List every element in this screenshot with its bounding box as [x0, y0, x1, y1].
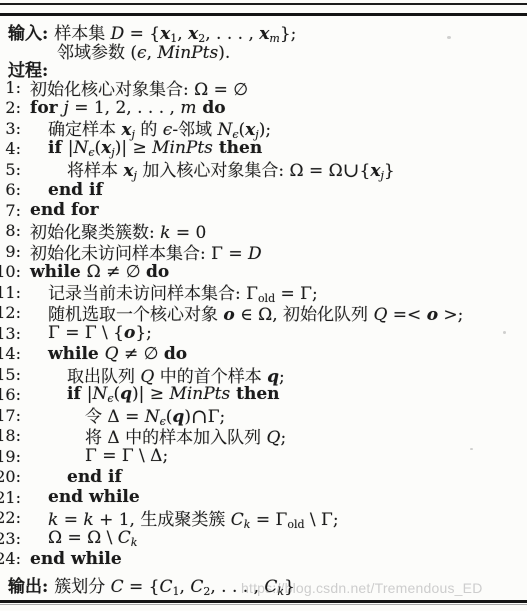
algo-text-segment: x	[370, 161, 380, 181]
algo-text-segment: ϵ	[163, 120, 173, 140]
algo-text-segment: k	[48, 510, 58, 530]
algo-line: 20:end if	[0, 467, 527, 488]
algo-text-segment: then	[213, 138, 262, 158]
algo-text-segment: -邻域	[172, 120, 217, 140]
algo-text-segment: then	[230, 384, 279, 404]
line-number: 19:	[0, 446, 21, 467]
algo-text-segment: = {	[124, 577, 160, 597]
algo-text-segment: 簇划分	[54, 577, 110, 597]
line-number: 18:	[0, 426, 21, 447]
algo-line: 3:确定样本 xj 的 ϵ-邻域 Nϵ(xj);	[0, 118, 527, 139]
algo-text-segment: C	[264, 577, 277, 597]
line-number: 20:	[0, 467, 21, 488]
algo-text-segment: N	[73, 138, 88, 158]
line-number: 5:	[0, 159, 21, 180]
algo-text-segment: =	[58, 510, 83, 530]
algo-text-segment: {	[360, 161, 371, 181]
algo-line: 18:将 Δ 中的样本加入队列 Q;	[0, 426, 527, 447]
bottom-rule-shadow	[0, 604, 527, 605]
line-content: 将样本 xj 加入核心对象集合: Ω = Ω∪{xj}	[0, 156, 395, 182]
algo-text-segment: 加入核心对象集合: Ω = Ω	[137, 161, 343, 181]
algo-line: 邻域参数 (ϵ, MinPts).	[0, 41, 527, 59]
algo-text-segment: + 1, 生成聚类簇	[94, 510, 231, 530]
algo-text-segment: if	[48, 138, 68, 158]
algo-line: 13:Γ = Γ \ {o};	[0, 323, 527, 344]
algo-text-segment: x	[245, 120, 255, 140]
algo-text-segment: )| ≥	[115, 138, 152, 158]
algo-text-segment: k	[131, 536, 138, 549]
algo-text-segment: 的	[135, 120, 163, 140]
line-number: 15:	[0, 364, 21, 385]
algo-text-segment: x	[123, 161, 133, 181]
algo-line: 23:Ω = Ω \ Ck	[0, 528, 527, 549]
bottom-rule	[0, 600, 527, 603]
algo-text-segment: while	[48, 344, 105, 364]
algo-line: 12:随机选取一个核心对象 o ∈ Ω, 初始化队列 Q =< o >;	[0, 303, 527, 324]
algo-text-segment: = Γ	[250, 510, 287, 530]
algo-line: 15:取出队列 Q 中的首个样本 q;	[0, 364, 527, 385]
algo-text-segment: ≠ ∅	[119, 344, 164, 364]
line-number: 1:	[0, 77, 21, 98]
algo-text-segment: 确定样本	[48, 120, 121, 140]
line-content: 初始化未访问样本集合: Γ = D	[0, 239, 262, 264]
algo-text-segment: C	[118, 528, 131, 548]
algo-text-segment: );	[259, 120, 271, 140]
algo-line: 6:end if	[0, 180, 527, 201]
algo-text-segment: MinPts	[152, 138, 213, 158]
algo-text-segment: Q	[105, 344, 119, 364]
algo-text-segment: Ω = Ω \	[48, 528, 118, 548]
algo-text-segment: Γ = Γ \ Δ;	[85, 446, 168, 466]
algo-text-segment: do	[164, 344, 187, 364]
algo-text-segment: }	[384, 161, 395, 181]
algo-text-segment: 将样本	[67, 161, 123, 181]
line-number: 3:	[0, 118, 21, 139]
algo-text-segment: N	[92, 384, 107, 404]
algo-text-segment: if	[67, 384, 87, 404]
line-number: 12:	[0, 303, 21, 324]
algo-text-segment: )| ≥	[132, 384, 169, 404]
algo-text-segment: ,	[180, 577, 191, 597]
algo-text-segment: Γ = Γ \ {	[48, 323, 124, 343]
algo-text-segment: C	[160, 577, 173, 597]
line-number: 24:	[0, 549, 21, 570]
line-number: 6:	[0, 180, 21, 201]
line-content: 输出: 簇划分 C = {C1, C2, . . . , Ck}	[0, 572, 295, 598]
algo-text-segment: end if	[67, 467, 122, 487]
algo-text-segment: };	[135, 323, 152, 343]
algo-text-segment: k	[83, 510, 93, 530]
line-number: 13:	[0, 323, 21, 344]
algo-line: 1:初始化核心对象集合: Ω = ∅	[0, 77, 527, 98]
algo-line: 5:将样本 xj 加入核心对象集合: Ω = Ω∪{xj}	[0, 159, 527, 180]
algo-text-segment: C	[111, 577, 124, 597]
line-content: while Q ≠ ∅ do	[0, 344, 187, 364]
algo-text-segment: 输出:	[8, 577, 54, 597]
algo-text-segment: end if	[48, 180, 103, 200]
algo-text-segment: N	[217, 120, 232, 140]
algo-line: 9:初始化未访问样本集合: Γ = D	[0, 241, 527, 262]
line-content: Γ = Γ \ Δ;	[0, 446, 168, 466]
algo-text-segment: \ Γ;	[305, 510, 339, 530]
algo-text-segment: q	[120, 384, 132, 404]
line-number: 9:	[0, 241, 21, 262]
algo-line: 24:end while	[0, 549, 527, 570]
algo-text-segment: 1	[173, 585, 180, 598]
line-number: 23:	[0, 528, 21, 549]
algo-text-segment: C	[190, 577, 203, 597]
line-content: Γ = Γ \ {o};	[0, 323, 152, 343]
algo-text-segment: x	[121, 120, 131, 140]
line-content: 随机选取一个核心对象 o ∈ Ω, 初始化队列 Q =< o >;	[0, 300, 463, 325]
algo-text-segment: end while	[30, 549, 122, 569]
scanned-algorithm-page: 输入: 样本集 D = {x1, x2, . . . , xm};邻域参数 (ϵ…	[0, 0, 527, 611]
algo-text-segment: C	[231, 510, 244, 530]
line-content: 取出队列 Q 中的首个样本 q;	[0, 362, 285, 387]
algo-line: 22:k = k + 1, 生成聚类簇 Ck = Γold \ Γ;	[0, 508, 527, 529]
algo-line: 19:Γ = Γ \ Δ;	[0, 446, 527, 467]
algo-text-segment: , . . . ,	[210, 577, 264, 597]
line-content: 初始化核心对象集合: Ω = ∅	[0, 75, 248, 100]
algo-text-segment: o	[124, 323, 135, 343]
algo-line: 输出: 簇划分 C = {C1, C2, . . . , Ck}	[0, 574, 527, 596]
algorithm-body: 输入: 样本集 D = {x1, x2, . . . , xm};邻域参数 (ϵ…	[0, 0, 527, 596]
algo-text-segment: end for	[30, 200, 99, 220]
algo-text-segment: MinPts	[169, 384, 230, 404]
line-content: 将 Δ 中的样本加入队列 Q;	[0, 423, 286, 448]
algo-text-segment: x	[101, 138, 111, 158]
line-number: 22:	[0, 508, 21, 529]
algo-text-segment: }	[284, 577, 295, 597]
